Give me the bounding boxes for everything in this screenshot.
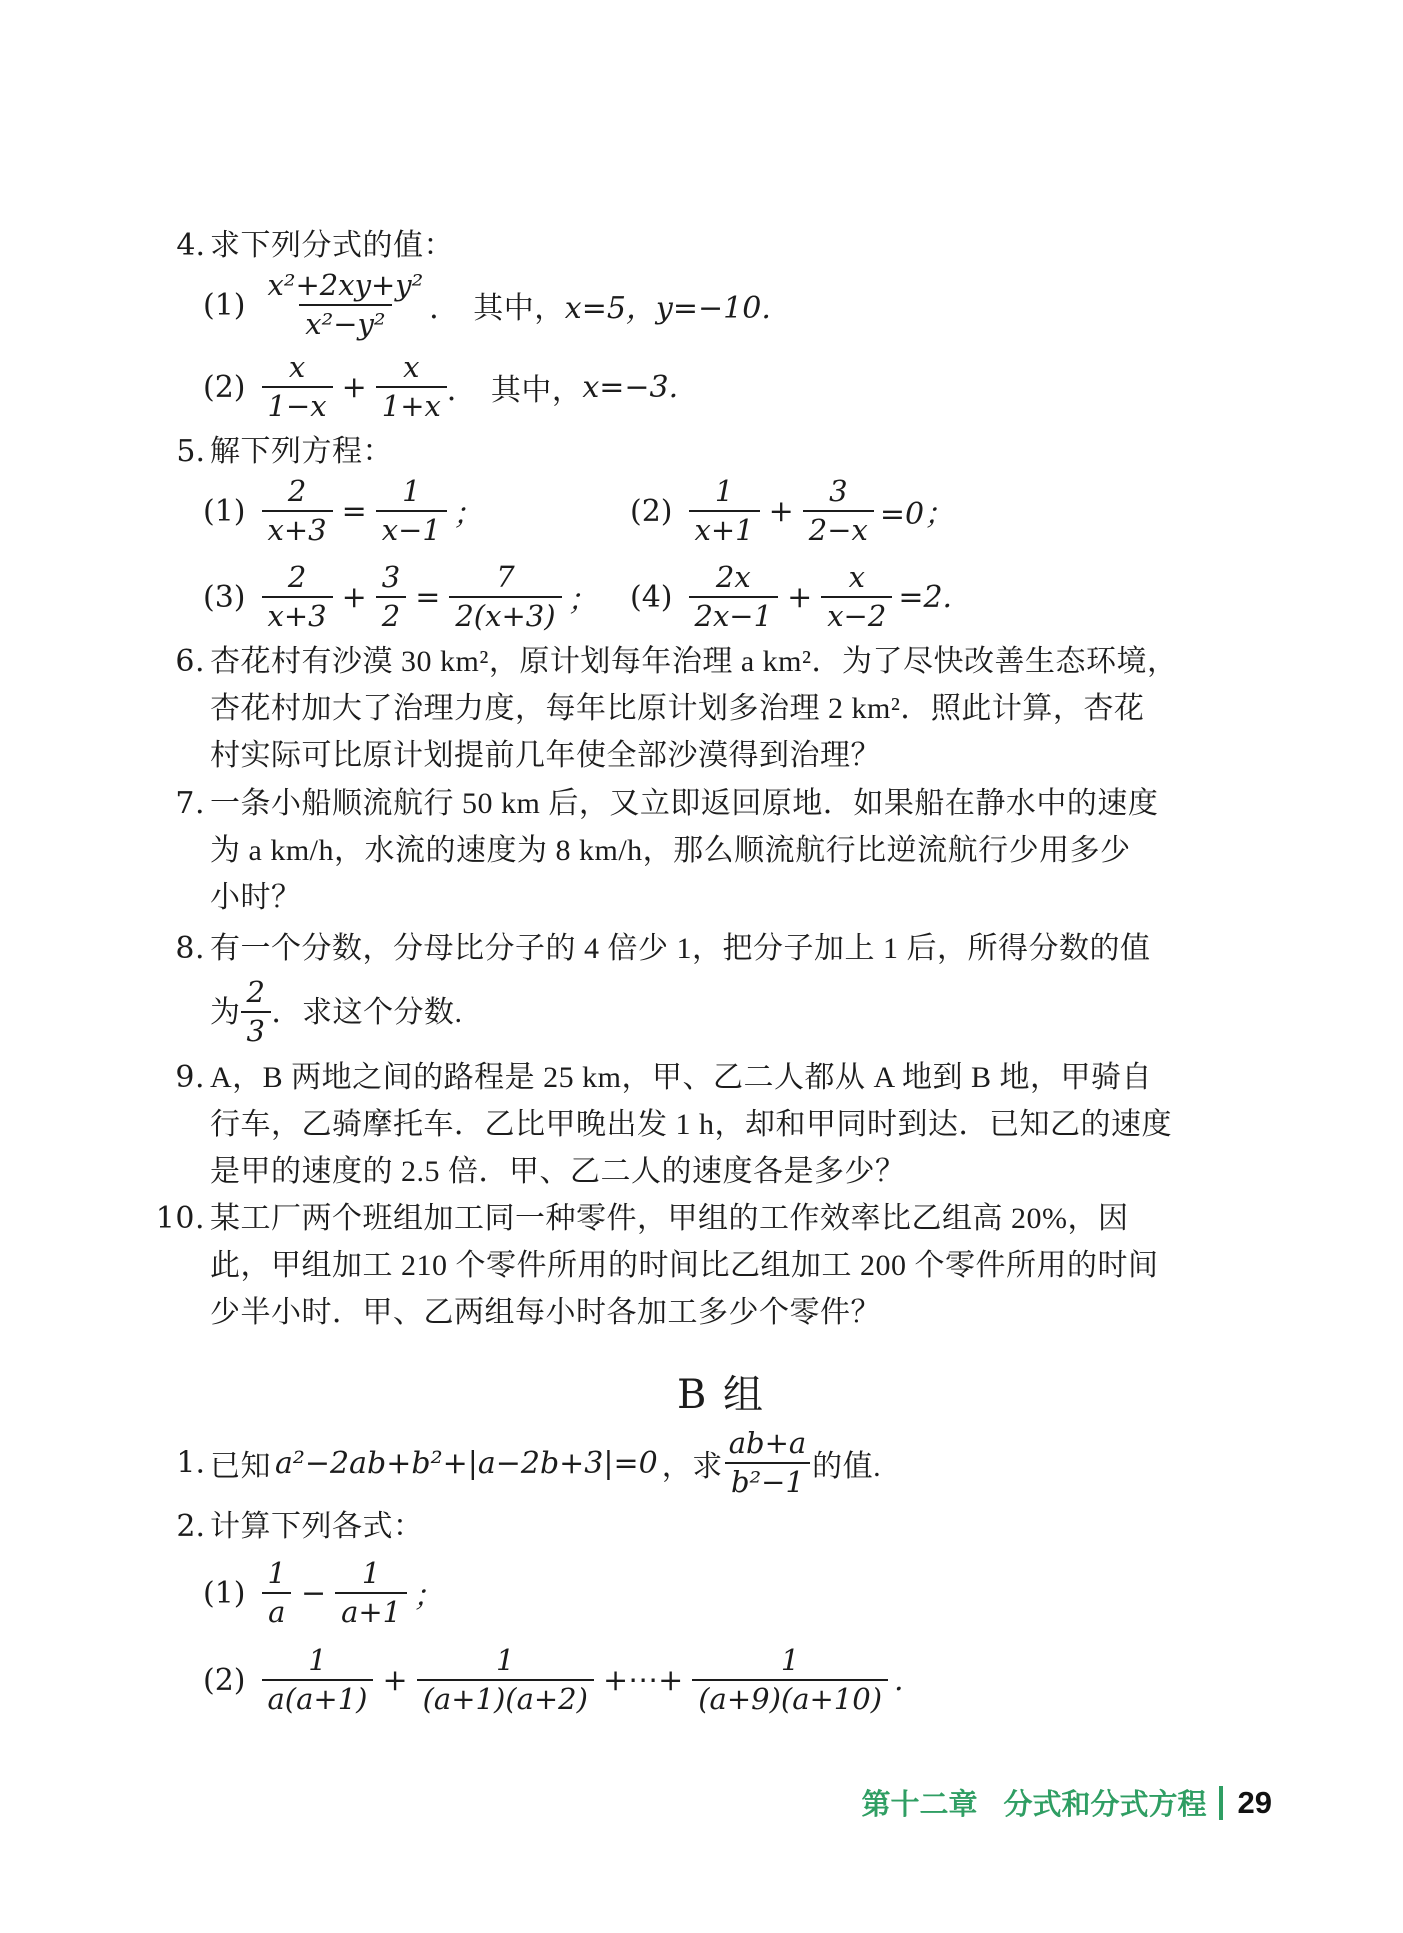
fraction-denominator: (a+1)(a+2) — [417, 1679, 594, 1718]
problem-10-line-2: 此，甲组加工 210 个零件所用的时间比乙组加工 200 个零件所用的时间 — [210, 1242, 1277, 1289]
fraction-denominator: x+3 — [262, 596, 333, 635]
problem-4-title: 求下列分式的值： — [210, 229, 454, 262]
fraction: 1 x−1 — [376, 473, 447, 550]
fraction: 3 2−x — [803, 473, 874, 550]
fraction: 7 2(x+3) — [449, 559, 561, 636]
fraction: x²+2xy+y² x²−y² — [262, 267, 430, 344]
fraction-numerator: 1 — [775, 1642, 805, 1679]
problem-b2-header: 2. 计算下列各式： — [165, 1509, 1277, 1545]
operator: + — [787, 580, 812, 615]
fraction: 1 a(a+1) — [262, 1642, 374, 1719]
fraction-denominator: b²−1 — [725, 1462, 810, 1501]
fraction-numerator: 1 — [396, 473, 426, 510]
subitem-label: (3) — [203, 580, 246, 615]
problem-b1-number: 1. — [176, 1446, 205, 1481]
equation-tail: =2. — [898, 580, 952, 615]
subitem-label: (4) — [630, 580, 673, 615]
fraction-numerator: 2 — [241, 974, 272, 1011]
footer-divider-bar — [1219, 1786, 1223, 1820]
fraction-numerator: 3 — [376, 559, 406, 596]
fraction-numerator: 1 — [262, 1555, 292, 1592]
fraction: 2x 2x−1 — [689, 559, 779, 636]
problem-b2-number: 2. — [176, 1509, 205, 1545]
problem-10-number: 10. — [156, 1195, 205, 1242]
problem-5-number: 5. — [176, 434, 205, 470]
problem-b1: 1. 已知 a²−2ab+b²+|a−2b+3|=0 ， 求 ab+a b²−1… — [165, 1422, 1277, 1504]
subitem-label: (1) — [203, 494, 246, 529]
problem-9-line-3: 是甲的速度的 2.5 倍．甲、乙二人的速度各是多少？ — [210, 1148, 1277, 1195]
operator: + — [342, 370, 367, 405]
condition-label: 其中， — [473, 283, 565, 327]
fraction: x 1−x — [262, 349, 333, 426]
fraction-denominator: x+1 — [689, 510, 760, 549]
problem-9: 9. A，B 两地之间的路程是 25 km，甲、乙二人都从 A 地到 B 地，甲… — [165, 1054, 1277, 1195]
equation-tail: =0； — [880, 489, 954, 533]
problem-8-pre: 为 — [210, 989, 241, 1036]
fraction: 2 3 — [241, 974, 272, 1051]
period: ． — [271, 989, 302, 1036]
problem-6-line-1: 杏花村有沙漠 30 km²，原计划每年治理 a km²．为了尽快改善生态环境， — [210, 638, 1277, 685]
comma: ， — [662, 1441, 693, 1485]
problem-8: 8. 有一个分数，分母比分子的 4 倍少 1，把分子加上 1 后，所得分数的值 … — [165, 925, 1277, 1052]
fraction-numerator: 1 — [709, 473, 739, 510]
fraction-denominator: 3 — [241, 1011, 272, 1050]
problem-10: 10. 某工厂两个班组加工同一种零件，甲组的工作效率比乙组高 20%，因 此，甲… — [165, 1195, 1277, 1336]
subitem-label: (1) — [203, 1576, 246, 1611]
operator: − — [301, 1576, 326, 1611]
fraction-numerator: 1 — [302, 1642, 332, 1679]
operator: = — [415, 580, 440, 615]
subitem-label: (2) — [630, 494, 673, 529]
fraction-denominator: a(a+1) — [262, 1679, 374, 1718]
fraction: 2 x+3 — [262, 473, 333, 550]
fraction-denominator: x+3 — [262, 510, 333, 549]
problem-5-header: 5. 解下列方程： — [165, 434, 1277, 470]
equation-tail: ； — [568, 575, 598, 619]
fraction-denominator: 2x−1 — [689, 596, 779, 635]
fraction-denominator: 1+x — [376, 386, 447, 425]
fraction: 1 a+1 — [335, 1555, 407, 1632]
fraction-numerator: 7 — [490, 559, 520, 596]
problem-b1-seek: 求 — [692, 1441, 723, 1485]
problem-6: 6. 杏花村有沙漠 30 km²，原计划每年治理 a km²．为了尽快改善生态环… — [165, 638, 1277, 779]
operator: = — [342, 494, 367, 529]
problem-6-line-3: 村实际可比原计划提前几年使全部沙漠得到治理？ — [210, 732, 1277, 779]
fraction-denominator: 2(x+3) — [449, 596, 561, 635]
fraction: 1 a — [262, 1555, 292, 1632]
fraction-denominator: 2 — [376, 596, 406, 635]
fraction-numerator: x — [843, 559, 871, 596]
problem-8-line-2: 为 2 3 ． 求这个分数. — [210, 972, 1277, 1052]
problem-6-line-2: 杏花村加大了治理力度，每年比原计划多治理 2 km²．照此计算，杏花 — [210, 685, 1277, 732]
fraction: 1 (a+1)(a+2) — [417, 1642, 594, 1719]
fraction-numerator: 2x — [710, 559, 757, 596]
problem-5-item-4: (4) 2x 2x−1 + x x−2 =2. — [630, 559, 952, 636]
fraction-denominator: (a+9)(a+10) — [692, 1679, 888, 1718]
problem-5-item-1: (1) 2 x+3 = 1 x−1 ； — [203, 473, 630, 550]
fraction-numerator: 1 — [356, 1555, 386, 1592]
equation-tail: . — [894, 1663, 904, 1698]
problem-8-tail: 求这个分数. — [302, 989, 463, 1036]
problem-9-line-1: A，B 两地之间的路程是 25 km，甲、乙二人都从 A 地到 B 地，甲骑自 — [210, 1054, 1277, 1101]
fraction-numerator: x — [397, 349, 425, 386]
operator: + — [382, 1663, 407, 1698]
footer-page-number: 29 — [1238, 1785, 1272, 1821]
problem-4-item-2: (2) x 1−x + x 1+x ． 其中， x=−3. — [203, 346, 1277, 428]
fraction: 1 (a+9)(a+10) — [692, 1642, 888, 1719]
problem-7-line-3: 小时？ — [210, 874, 1277, 921]
problem-5-row-2: (3) 2 x+3 + 3 2 = 7 2(x+3) ； (4) — [203, 556, 1277, 638]
problem-9-number: 9. — [175, 1054, 205, 1101]
operator: + — [342, 580, 367, 615]
problem-6-number: 6. — [175, 638, 205, 685]
fraction-numerator: 1 — [490, 1642, 520, 1679]
problem-9-line-2: 行车，乙骑摩托车．乙比甲晚出发 1 h，却和甲同时到达．已知乙的速度 — [210, 1101, 1277, 1148]
section-b-heading: B 组 — [165, 1373, 1277, 1417]
condition-values: x=5，y=−10. — [565, 283, 771, 327]
fraction-numerator: ab+a — [723, 1425, 812, 1462]
subitem-label: (1) — [203, 288, 246, 323]
problem-7-number: 7. — [175, 780, 205, 827]
problem-7-line-2: 为 a km/h，水流的速度为 8 km/h，那么顺流航行比逆流航行少用多少 — [210, 827, 1277, 874]
fraction-denominator: a — [262, 1592, 291, 1631]
equation-tail: ； — [453, 489, 483, 533]
operator: + — [769, 494, 794, 529]
operator-ellipsis: +⋯+ — [603, 1663, 683, 1698]
period: ． — [429, 283, 459, 327]
problem-4-item-1: (1) x²+2xy+y² x²−y² ． 其中， x=5，y=−10. — [203, 264, 1277, 346]
condition-label: 其中， — [491, 365, 583, 409]
fraction: 2 x+3 — [262, 559, 333, 636]
problem-b2-item-1: (1) 1 a − 1 a+1 ； — [203, 1552, 1277, 1634]
fraction-denominator: x²−y² — [299, 304, 391, 343]
fraction-denominator: x−2 — [821, 596, 892, 635]
problem-b2-title: 计算下列各式： — [210, 1510, 424, 1543]
footer-chapter: 第十二章 — [861, 1782, 977, 1823]
problem-10-line-1: 某工厂两个班组加工同一种零件，甲组的工作效率比乙组高 20%，因 — [210, 1195, 1277, 1242]
problem-7: 7. 一条小船顺流航行 50 km 后，又立即返回原地．如果船在静水中的速度 为… — [165, 780, 1277, 921]
problem-b1-expression: a²−2ab+b²+|a−2b+3|=0 — [275, 1446, 658, 1481]
problem-b1-tail: 的值. — [812, 1441, 881, 1485]
fraction: ab+a b²−1 — [723, 1425, 812, 1502]
problem-5-item-2: (2) 1 x+1 + 3 2−x =0； — [630, 473, 954, 550]
problem-5-item-3: (3) 2 x+3 + 3 2 = 7 2(x+3) ； — [203, 559, 630, 636]
subitem-label: (2) — [203, 1663, 246, 1698]
fraction: x x−2 — [821, 559, 892, 636]
fraction-numerator: x — [283, 349, 311, 386]
problem-8-number: 8. — [175, 925, 205, 972]
period: ． — [447, 365, 477, 409]
problem-5-title: 解下列方程： — [210, 435, 393, 468]
footer-chapter-title: 分式和分式方程 — [1004, 1782, 1207, 1823]
condition-values: x=−3. — [582, 370, 678, 405]
problem-b1-intro: 已知 — [210, 1441, 271, 1485]
subitem-label: (2) — [203, 370, 246, 405]
fraction-numerator: 2 — [282, 559, 312, 596]
problem-8-line-1: 有一个分数，分母比分子的 4 倍少 1，把分子加上 1 后，所得分数的值 — [210, 925, 1277, 972]
problem-7-line-1: 一条小船顺流航行 50 km 后，又立即返回原地．如果船在静水中的速度 — [210, 780, 1277, 827]
page-footer: 第十二章 分式和分式方程 29 — [861, 1782, 1272, 1823]
fraction-denominator: a+1 — [335, 1592, 407, 1631]
fraction-numerator: x²+2xy+y² — [262, 267, 430, 304]
problem-b2-item-2: (2) 1 a(a+1) + 1 (a+1)(a+2) +⋯+ 1 (a+9)(… — [203, 1637, 1277, 1723]
fraction-denominator: x−1 — [376, 510, 447, 549]
problem-4-number: 4. — [176, 228, 205, 264]
textbook-page: 4. 求下列分式的值： (1) x²+2xy+y² x²−y² ． 其中， x=… — [0, 0, 1403, 1933]
problem-5-row-1: (1) 2 x+3 = 1 x−1 ； (2) 1 x+1 + — [203, 470, 1277, 552]
fraction-numerator: 3 — [823, 473, 853, 510]
problem-10-line-3: 少半小时．甲、乙两组每小时各加工多少个零件？ — [210, 1289, 1277, 1336]
problem-4-header: 4. 求下列分式的值： — [165, 228, 1277, 264]
equation-tail: ； — [413, 1571, 443, 1615]
fraction: 3 2 — [376, 559, 406, 636]
fraction-denominator: 2−x — [803, 510, 874, 549]
page-content: 4. 求下列分式的值： (1) x²+2xy+y² x²−y² ． 其中， x=… — [165, 228, 1277, 1723]
fraction: 1 x+1 — [689, 473, 760, 550]
fraction: x 1+x — [376, 349, 447, 426]
fraction-numerator: 2 — [282, 473, 312, 510]
fraction-denominator: 1−x — [262, 386, 333, 425]
